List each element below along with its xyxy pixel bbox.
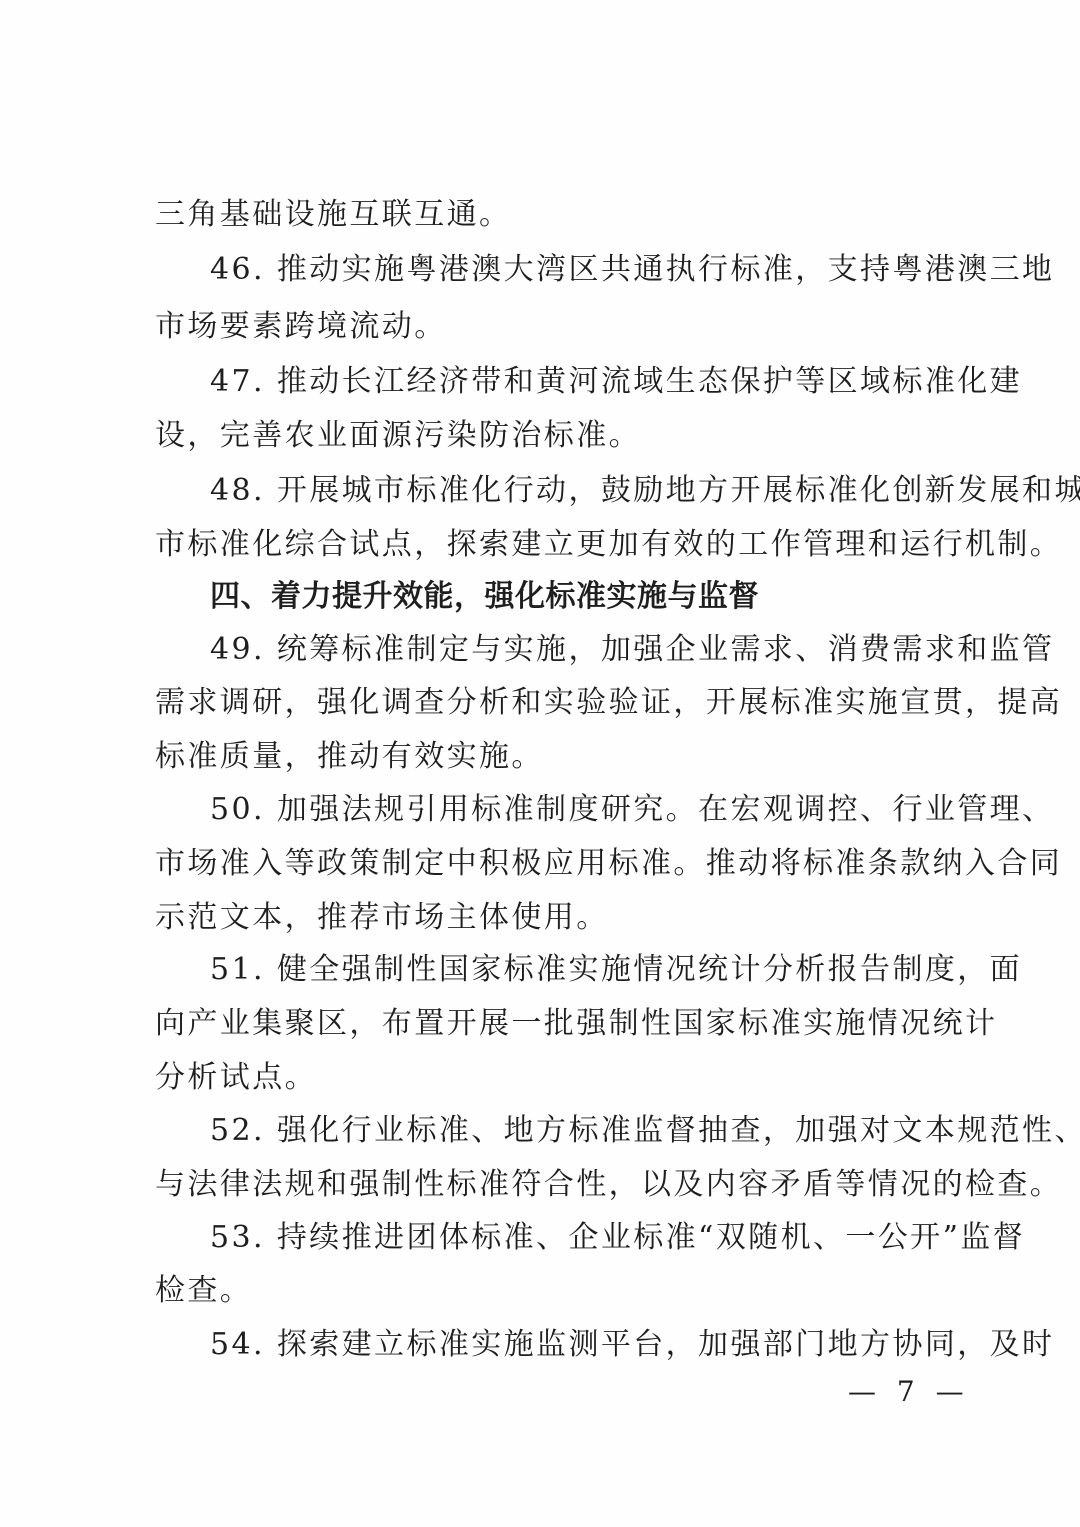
- item-52-line-1: 52. 强化行业标准、地方标准监督抽查，加强对文本规范性、: [210, 1111, 967, 1151]
- item-46-line-1: 46. 推动实施粤港澳大湾区共通执行标准，支持粤港澳三地: [210, 250, 967, 290]
- item-51-line-1: 51. 健全强制性国家标准实施情况统计分析报告制度，面: [210, 950, 967, 990]
- section-heading: 四、着力提升效能，强化标准实施与监督: [210, 577, 759, 617]
- item-49-line-2: 需求调研，强化调查分析和实验验证，开展标准实施宣贯，提高: [155, 683, 967, 723]
- item-51-line-2: 向产业集聚区，布置开展一批强制性国家标准实施情况统计: [155, 1004, 967, 1044]
- item-49-line-3: 标准质量，推动有效实施。: [155, 737, 967, 777]
- item-51-line-3: 分析试点。: [155, 1058, 967, 1098]
- item-48-line-2: 市标准化综合试点，探索建立更加有效的工作管理和运行机制。: [155, 525, 967, 565]
- item-53-line-1: 53. 持续推进团体标准、企业标准“双随机、一公开”监督: [210, 1218, 967, 1258]
- item-54-line-1: 54. 探索建立标准实施监测平台，加强部门地方协同，及时: [210, 1325, 967, 1365]
- item-52-line-2: 与法律法规和强制性标准符合性，以及内容矛盾等情况的检查。: [155, 1165, 967, 1205]
- item-47-line-1: 47. 推动长江经济带和黄河流域生态保护等区域标准化建: [210, 362, 967, 402]
- item-53-line-2: 检查。: [155, 1271, 967, 1311]
- item-47-line-2: 设，完善农业面源污染防治标准。: [155, 416, 967, 456]
- item-50-line-2: 市场准入等政策制定中积极应用标准。推动将标准条款纳入合同: [155, 844, 967, 884]
- item-50-line-3: 示范文本，推荐市场主体使用。: [155, 898, 967, 938]
- item-49-line-1: 49. 统筹标准制定与实施，加强企业需求、消费需求和监管: [210, 630, 967, 670]
- item-48-line-1: 48. 开展城市标准化行动，鼓励地方开展标准化创新发展和城: [210, 471, 967, 511]
- item-50-line-1: 50. 加强法规引用标准制度研究。在宏观调控、行业管理、: [210, 790, 967, 830]
- item-46-line-2: 市场要素跨境流动。: [155, 307, 967, 347]
- page-number: — 7 —: [848, 1372, 970, 1412]
- document-page: 三角基础设施互联互通。 46. 推动实施粤港澳大湾区共通执行标准，支持粤港澳三地…: [0, 0, 1080, 1527]
- paragraph-continuation-line: 三角基础设施互联互通。: [155, 195, 967, 235]
